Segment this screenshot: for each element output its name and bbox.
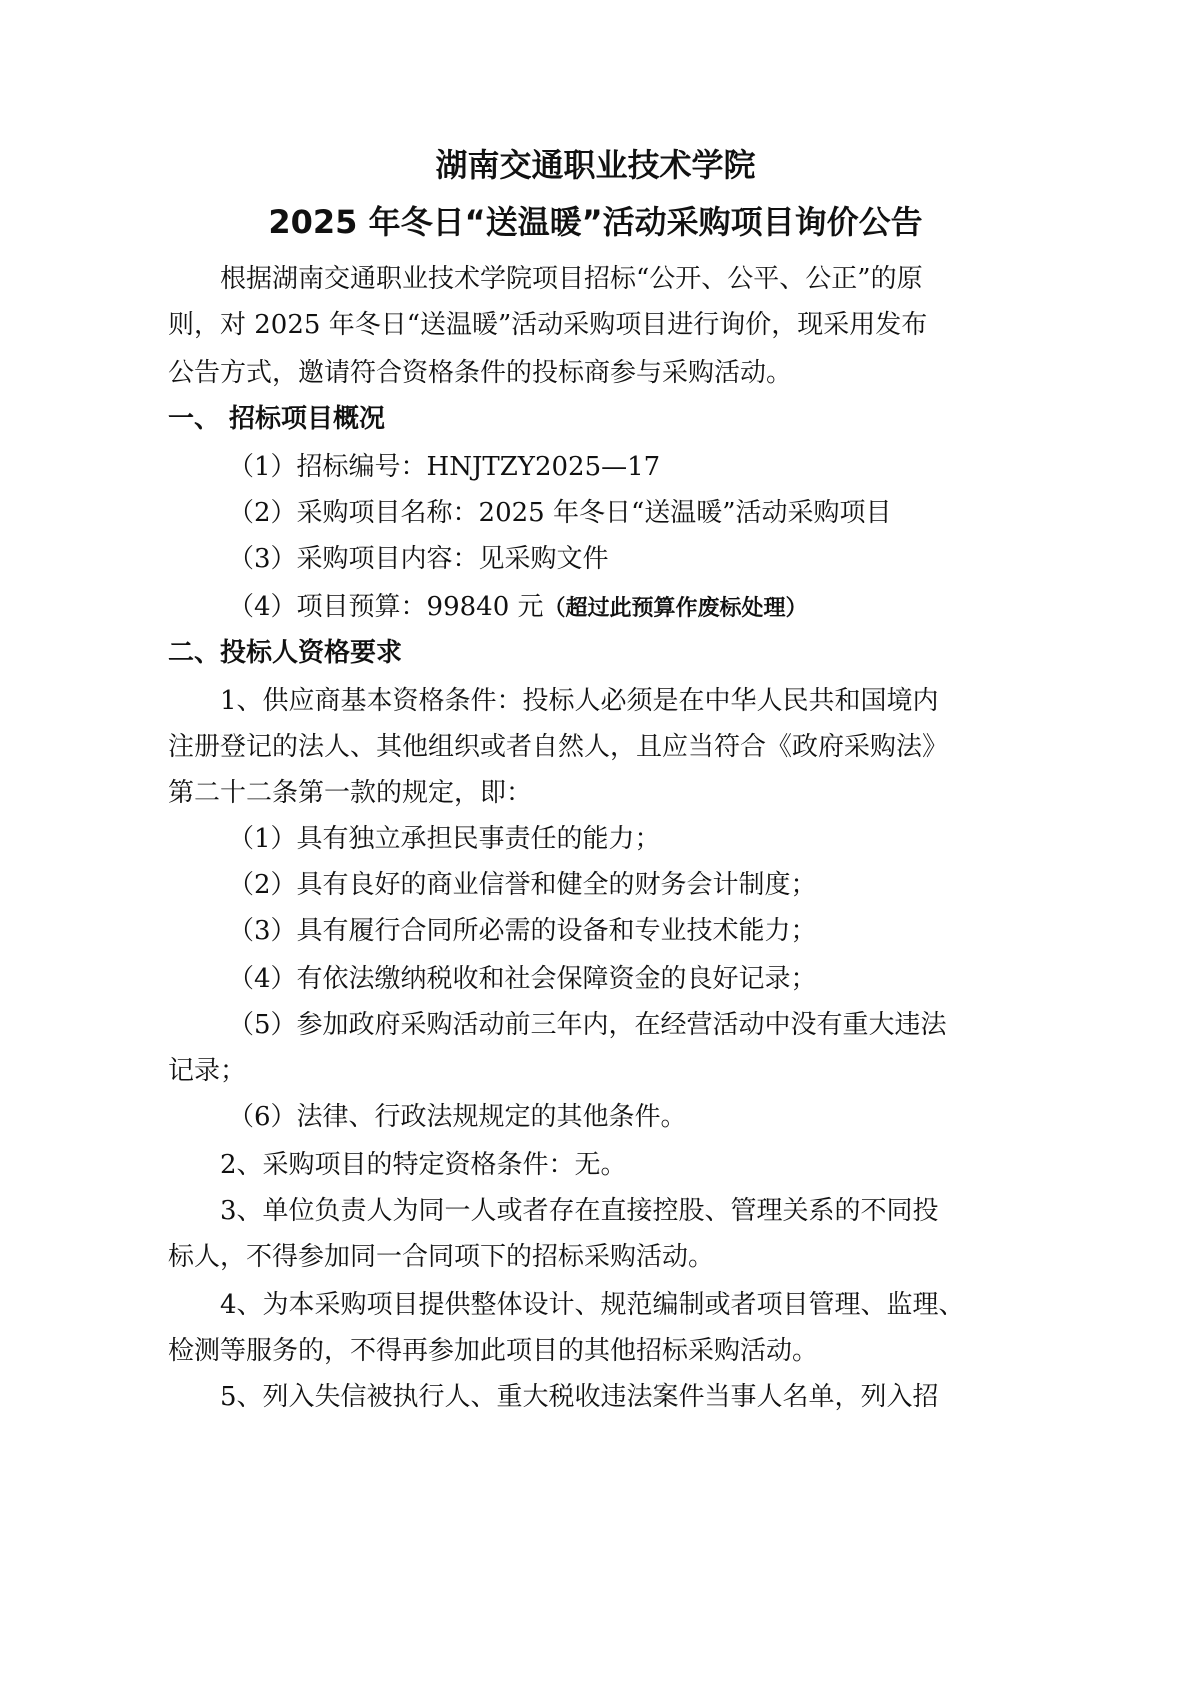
qualification-p2: 2、采购项目的特定资格条件：无。 (220, 1148, 627, 1182)
condition-2: （2）具有良好的商业信誉和健全的财务会计制度； (228, 868, 817, 902)
condition-5: （5）参加政府采购活动前三年内，在经营活动中没有重大违法 (228, 1008, 947, 1042)
section-2-heading: 二、投标人资格要求 (168, 636, 402, 670)
budget-amount: （4）项目预算：99840 元 (228, 592, 544, 622)
document-title-announcement: 2025 年冬日“送温暖”活动采购项目询价公告 (0, 202, 1191, 242)
condition-1: （1）具有独立承担民事责任的能力； (228, 822, 661, 856)
condition-4: （4）有依法缴纳税收和社会保障资金的良好记录； (228, 962, 817, 996)
condition-3: （3）具有履行合同所必需的设备和专业技术能力； (228, 914, 817, 948)
qualification-p1-line-1: 1、供应商基本资格条件：投标人必须是在中华人民共和国境内 (220, 684, 939, 718)
qualification-p4-line-2: 检测等服务的，不得再参加此项目的其他招标采购活动。 (168, 1334, 818, 1368)
qualification-p4-line-1: 4、为本采购项目提供整体设计、规范编制或者项目管理、监理、 (220, 1288, 965, 1322)
condition-5-continued: 记录； (168, 1054, 246, 1088)
qualification-p1-line-2: 注册登记的法人、其他组织或者自然人，且应当符合《政府采购法》 (168, 730, 948, 764)
qualification-p3-line-1: 3、单位负责人为同一人或者存在直接控股、管理关系的不同投 (220, 1194, 939, 1228)
qualification-p5-line-1: 5、列入失信被执行人、重大税收违法案件当事人名单，列入招 (220, 1380, 939, 1414)
document-title-institution: 湖南交通职业技术学院 (0, 145, 1191, 185)
qualification-p3-line-2: 标人，不得参加同一合同项下的招标采购活动。 (168, 1240, 714, 1274)
project-item-3: （3）采购项目内容：见采购文件 (228, 542, 609, 576)
intro-line-3: 公告方式，邀请符合资格条件的投标商参与采购活动。 (168, 356, 792, 390)
project-item-1: （1）招标编号：HNJTZY2025—17 (228, 450, 660, 484)
project-item-4-budget: （4）项目预算：99840 元（超过此预算作废标处理） (228, 590, 808, 626)
intro-line-2: 则，对 2025 年冬日“送温暖”活动采购项目进行询价，现采用发布 (168, 308, 927, 342)
condition-6: （6）法律、行政法规规定的其他条件。 (228, 1100, 687, 1134)
project-item-2: （2）采购项目名称：2025 年冬日“送温暖”活动采购项目 (228, 496, 892, 530)
section-1-heading: 一、 招标项目概况 (168, 402, 385, 436)
budget-note: （超过此预算作废标处理） (544, 596, 808, 621)
qualification-p1-line-3: 第二十二条第一款的规定，即： (168, 776, 532, 810)
document-page: 湖南交通职业技术学院 2025 年冬日“送温暖”活动采购项目询价公告 根据湖南交… (0, 0, 1191, 1684)
intro-line-1: 根据湖南交通职业技术学院项目招标“公开、公平、公正”的原 (220, 262, 923, 296)
